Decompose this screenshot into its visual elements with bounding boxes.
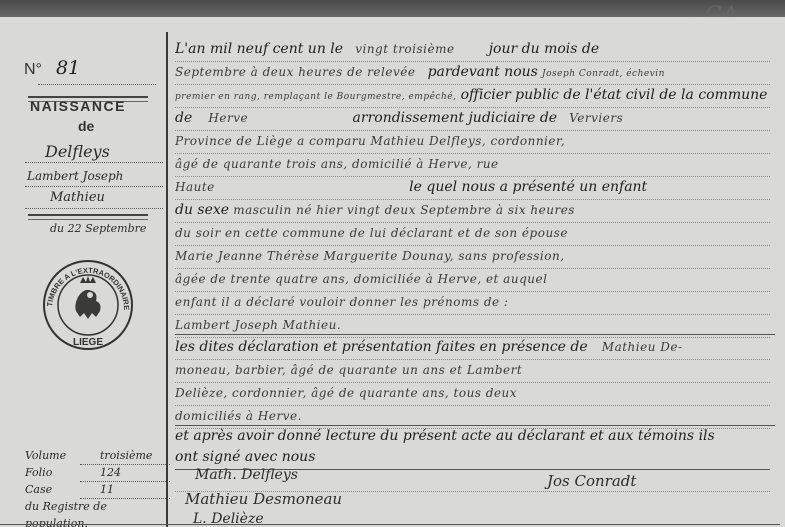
certificate-body: L'an mil neuf cent un le vingt troisième…	[175, 17, 775, 527]
body-line-10: Marie Jeanne Thérèse Marguerite Dounay, …	[175, 246, 770, 269]
case-value: 11	[80, 481, 170, 499]
folio-label: Folio	[25, 466, 52, 479]
section-divider	[175, 334, 775, 335]
body-line-5: Province de Liège a comparu Mathieu Delf…	[175, 131, 770, 154]
heading-de: de	[78, 118, 94, 134]
number-dotted-line	[38, 84, 156, 85]
bottom-rule	[0, 524, 780, 525]
case-label: Case	[25, 483, 52, 496]
register-case: Case 11	[25, 481, 170, 498]
witness-line-3: Delièze, cordonnier, âgé de quarante ans…	[175, 383, 770, 406]
birth-date: du 22 Septembre	[50, 222, 146, 235]
svg-text:LIEGE: LIEGE	[73, 337, 103, 348]
section-divider	[175, 425, 775, 426]
child-surname: Delfleys	[25, 141, 163, 163]
column-divider	[166, 32, 168, 527]
closing-line-1: et après avoir donné lecture du présent …	[175, 426, 770, 448]
number-value: 81	[56, 57, 80, 79]
stamp-seal: TIMBRE A L'EXTRAORDINAIRE LIEGE	[40, 257, 136, 353]
body-line-8: du sexe masculin né hier vingt deux Sept…	[175, 200, 770, 223]
section-heading: NAISSANCE	[30, 98, 126, 114]
witness-line-1: les dites déclaration et présentation fa…	[175, 337, 770, 360]
certificate-page: N°81 NAISSANCE de Delfleys Lambert Josep…	[0, 17, 785, 527]
scan-top-edge	[0, 0, 785, 18]
body-line-6: âgé de quarante trois ans, domicilié à H…	[175, 154, 770, 177]
signature-witness-1: Mathieu Desmoneau	[185, 490, 342, 508]
register-footer: du Registre de population.	[25, 498, 170, 515]
left-column: N°81 NAISSANCE de Delfleys Lambert Josep…	[0, 17, 165, 527]
body-line-7: Haute le quel nous a présenté un enfant	[175, 177, 770, 200]
folio-value: 124	[80, 464, 170, 482]
body-line-2: Septembre à deux heures de relevée parde…	[175, 62, 770, 85]
witness-line-2: moneau, barbier, âgé de quarante un ans …	[175, 360, 770, 383]
register-volume: Volume troisième	[25, 447, 170, 464]
volume-label: Volume	[25, 449, 66, 462]
body-line-1: L'an mil neuf cent un le vingt troisième…	[175, 39, 770, 62]
child-given-names-2: Mathieu	[25, 187, 163, 209]
signature-declarant: Math. Delfleys	[195, 467, 298, 483]
child-given-names-1: Lambert Joseph	[25, 165, 163, 187]
body-line-9: du soir en cette commune de lui déclaran…	[175, 223, 770, 246]
register-folio: Folio 124	[25, 464, 170, 481]
divider	[28, 214, 148, 220]
act-number: N°81	[24, 57, 80, 79]
lion-seal-icon: TIMBRE A L'EXTRAORDINAIRE LIEGE	[40, 257, 136, 353]
body-line-11: âgée de trente quatre ans, domiciliée à …	[175, 269, 770, 292]
body-line-3: premier en rang, remplaçant le Bourgmest…	[175, 85, 770, 108]
signature-officer: Jos Conradt	[547, 472, 636, 490]
body-line-12: enfant il a déclaré vouloir donner les p…	[175, 292, 770, 315]
volume-value: troisième	[80, 447, 170, 465]
number-label: N°	[24, 61, 42, 78]
body-line-4: de Herve arrondissement judiciaire de Ve…	[175, 108, 770, 131]
